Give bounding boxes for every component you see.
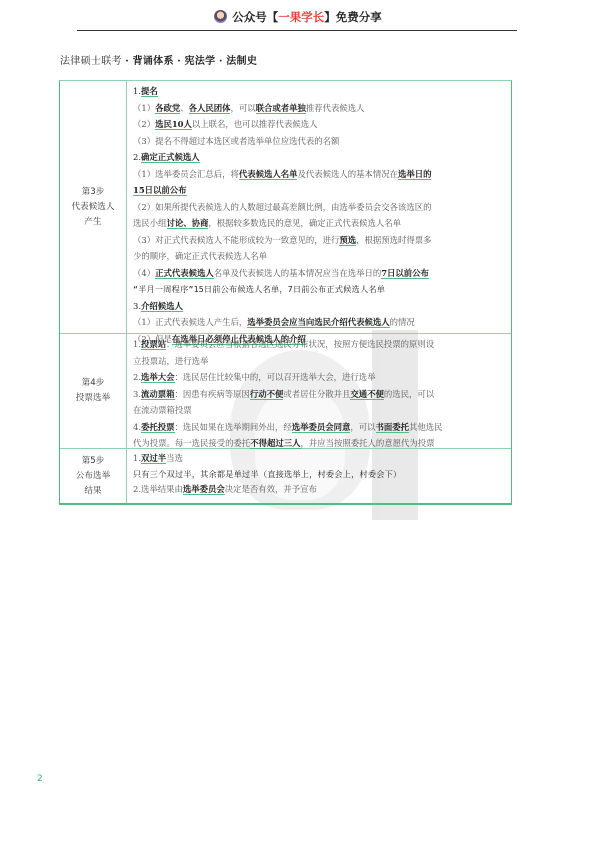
item-text: ：因患有疾病等原因 <box>175 389 250 399</box>
key-term: 选举日的 <box>398 169 432 180</box>
item-text: 选举结果由 <box>141 484 183 494</box>
page-number: 2 <box>37 774 43 784</box>
item-text: 的情况 <box>390 317 415 327</box>
list-item: 4.委托投票：选民如果在选举期间外出，经选举委员会同意，可以书面委托其他选民 <box>133 419 507 436</box>
step-label-cell: 第3步 代表候选人 产生 <box>60 81 127 333</box>
key-term: 流动票箱 <box>141 389 175 400</box>
item-text: 正式代表候选人产生后， <box>155 317 247 327</box>
item-text: ，可以 <box>350 422 375 432</box>
title-main: 法律硕士联考 <box>60 56 122 67</box>
key-term: 委托投票 <box>141 422 175 433</box>
item-number: （2） <box>133 119 155 129</box>
key-term: 选举大会 <box>141 372 175 383</box>
key-term: 各人民团体 <box>189 103 231 114</box>
step-label-line: 第3步 <box>72 185 115 200</box>
list-item: 1.投票站：选举委员会应当根据各选区选民分布状况，按照方便选民投票的原则设 <box>133 336 507 353</box>
section-heading: 3.介绍候选人 <box>133 298 507 315</box>
key-term: 代表候选人名单 <box>239 169 298 180</box>
header-brand: 一果学长 <box>278 10 324 24</box>
header-banner: 公众号【一果学长】免费分享 <box>0 9 596 25</box>
item-text: ：选民居住比较集中的，可以召开选举大会，进行选举 <box>175 372 376 382</box>
mnemonic-note: 只有三个双过半，其余都是单过半（直接选举上，村委会上，村委会下） <box>133 467 507 483</box>
step-label-line: 结果 <box>76 484 110 499</box>
list-item: （3）对正式代表候选人不能形成较为一致意见的，进行预选，根据预选时得票多 <box>133 232 507 249</box>
key-term: 预选 <box>339 235 356 246</box>
step-label-line: 第5步 <box>76 454 110 469</box>
item-text: 对正式代表候选人不能形成较为一致意见的，进行 <box>155 235 339 245</box>
item-number: 1. <box>133 453 141 463</box>
item-text: ，根据预选时得票多 <box>356 235 431 245</box>
item-text: ，根据较多数选民的意见，确定正式代表候选人名单 <box>208 218 401 228</box>
item-text: ：选民如果在选举期间外出，经 <box>175 422 292 432</box>
step-label-cell: 第5步 公布选举 结果 <box>60 449 127 503</box>
header-divider <box>77 30 517 31</box>
list-item: （4）正式代表候选人名单及代表候选人的基本情况应当在选举日的7日以前公布 <box>133 265 507 282</box>
key-term: 各政党 <box>155 103 180 114</box>
title-part3: 法制史 <box>226 56 257 67</box>
step-label-line: 产生 <box>72 215 115 230</box>
list-item: （3）提名不得超过本选区或者选举单位应选代表的名额 <box>133 133 507 150</box>
key-term: 正式代表候选人 <box>155 268 214 279</box>
item-text: ，可以 <box>230 103 255 113</box>
key-term: 15日以前公布 <box>133 185 187 196</box>
avatar-icon <box>214 10 227 23</box>
item-text: 的选民，可以 <box>384 389 434 399</box>
item-text: 其他选民 <box>409 422 443 432</box>
list-item-continuation: 少的顺序，确定正式代表候选人名单 <box>133 248 507 265</box>
section-number: 1. <box>133 86 141 96</box>
key-term: 不得超过三人 <box>250 438 300 449</box>
item-number: （2） <box>133 202 155 212</box>
item-number: （1） <box>133 169 155 179</box>
item-text: 选民小组 <box>133 218 167 228</box>
list-item-continuation: 选民小组讨论、协商，根据较多数选民的意见，确定正式代表候选人名单 <box>133 215 507 232</box>
section-heading: 2.确定正式候选人 <box>133 149 507 166</box>
key-term: 双过半 <box>141 453 166 464</box>
step-content-cell: 1.投票站：选举委员会应当根据各选区选民分布状况，按照方便选民投票的原则设 立投… <box>127 334 511 448</box>
list-item: 1.双过半当选 <box>133 451 507 467</box>
item-text: ，并应当按照委托人的意愿代为投票 <box>301 438 435 448</box>
item-number: （4） <box>133 268 155 278</box>
list-item-continuation: 立投票站，进行选举 <box>133 353 507 370</box>
title-part2: 宪法学 <box>185 56 216 67</box>
mnemonic-note: “半月一周程序”15日前公布候选人名单，7日前公布正式候选人名单 <box>133 281 507 298</box>
item-text: 当选 <box>166 453 183 463</box>
list-item: （1）选举委员会汇总后，将代表候选人名单及代表候选人的基本情况在选举日的 <box>133 166 507 183</box>
title-sep: · <box>177 56 181 67</box>
table-row-step4: 第4步 投票选举 1.投票站：选举委员会应当根据各选区选民分布状况，按照方便选民… <box>60 333 511 448</box>
step-label-line: 投票选举 <box>76 391 110 406</box>
key-term: 联合或者单独 <box>256 103 306 114</box>
list-item: （1）各政党、各人民团体，可以联合或者单独推荐代表候选人 <box>133 100 507 117</box>
header-bracket-open: 【 <box>267 10 279 24</box>
step-content-cell: 1.双过半当选 只有三个双过半，其余都是单过半（直接选举上，村委会上，村委会下）… <box>127 449 511 503</box>
item-text: ：选举委员会应当根据各选区选民分布状况，按照方便选民投票的原则设 <box>166 339 434 349</box>
table-row-step3: 第3步 代表候选人 产生 1.提名 （1）各政党、各人民团体，可以联合或者单独推… <box>60 81 511 333</box>
step-label-line: 代表候选人 <box>72 200 115 215</box>
list-item-continuation: 在流动票箱投票 <box>133 402 507 419</box>
title-sep: · <box>219 56 223 67</box>
item-number: （3） <box>133 235 155 245</box>
title-sep: · <box>125 56 129 67</box>
step-content-cell: 1.提名 （1）各政党、各人民团体，可以联合或者单独推荐代表候选人 （2）选民1… <box>127 81 511 333</box>
key-term: 讨论、协商 <box>167 218 209 229</box>
header-suffix: 免费分享 <box>336 10 382 24</box>
item-text: 选举委员会汇总后，将 <box>155 169 239 179</box>
item-number: 2. <box>133 372 141 382</box>
document-title: 法律硕士联考 · 背诵体系 · 宪法学 · 法制史 <box>60 52 257 67</box>
key-term: 书面委托 <box>376 422 410 433</box>
item-text: 以上联名，也可以推荐代表候选人 <box>192 119 318 129</box>
item-number: 3. <box>133 389 141 399</box>
header-bracket-close: 】 <box>324 10 336 24</box>
item-text: 推荐代表候选人 <box>306 103 365 113</box>
key-term: 7日以前公布 <box>381 268 429 279</box>
item-text: 代为投票。每一选民接受的委托 <box>133 438 250 448</box>
list-item: 2.选举大会：选民居住比较集中的，可以召开选举大会，进行选举 <box>133 369 507 386</box>
step-label-cell: 第4步 投票选举 <box>60 334 127 448</box>
list-item: 2.选举结果由选举委员会决定是否有效，并予宣布 <box>133 482 507 498</box>
section-number: 2. <box>133 152 141 162</box>
section-number: 3. <box>133 301 141 311</box>
item-text: 、 <box>180 103 188 113</box>
item-text: 及代表候选人的基本情况在 <box>297 169 398 179</box>
list-item: （1）正式代表候选人产生后，选举委员会应当向选民介绍代表候选人的情况 <box>133 314 507 331</box>
item-number: 4. <box>133 422 141 432</box>
section-heading: 1.提名 <box>133 83 507 100</box>
item-number: （1） <box>133 317 155 327</box>
list-item: （2）如果所提代表候选人的人数超过最高差额比例，由选举委员会交各该选区的 <box>133 199 507 216</box>
list-item: （2）选民10人以上联名，也可以推荐代表候选人 <box>133 116 507 133</box>
key-term: 选举委员会应当向选民介绍代表候选人 <box>247 317 389 328</box>
item-number: 1. <box>133 339 141 349</box>
step-label-line: 公布选举 <box>76 469 110 484</box>
section-title: 提名 <box>141 86 158 97</box>
section-title: 确定正式候选人 <box>141 152 200 163</box>
step-label-line: 第4步 <box>76 376 110 391</box>
key-term: 行动不便 <box>250 389 284 400</box>
key-term: 交通不便 <box>350 389 384 400</box>
item-text: 名单及代表候选人的基本情况应当在选举日的 <box>214 268 382 278</box>
item-text: 决定是否有效，并予宣布 <box>225 484 317 494</box>
list-item-continuation: 15日以前公布 <box>133 182 507 199</box>
title-part1: 背诵体系 <box>133 56 174 67</box>
key-term: 选举委员会同意 <box>292 422 351 433</box>
section-title: 介绍候选人 <box>141 301 183 312</box>
list-item: 3.流动票箱：因患有疾病等原因行动不便或者居住分散并且交通不便的选民，可以 <box>133 386 507 403</box>
table-row-step5: 第5步 公布选举 结果 1.双过半当选 只有三个双过半，其余都是单过半（直接选举… <box>60 448 511 504</box>
page-header: 公众号【一果学长】免费分享 <box>0 0 596 34</box>
item-text: 如果所提代表候选人的人数超过最高差额比例，由选举委员会交各该选区的 <box>155 202 431 212</box>
key-term: 选举委员会 <box>183 484 225 495</box>
election-steps-table: 第3步 代表候选人 产生 1.提名 （1）各政党、各人民团体，可以联合或者单独推… <box>59 80 512 505</box>
item-text: 或者居住分散并且 <box>283 389 350 399</box>
key-term: 选民10人 <box>155 119 192 130</box>
header-prefix: 公众号 <box>232 10 267 24</box>
item-number: （1） <box>133 103 155 113</box>
key-term: 投票站 <box>141 339 166 350</box>
item-number: 2. <box>133 484 141 494</box>
